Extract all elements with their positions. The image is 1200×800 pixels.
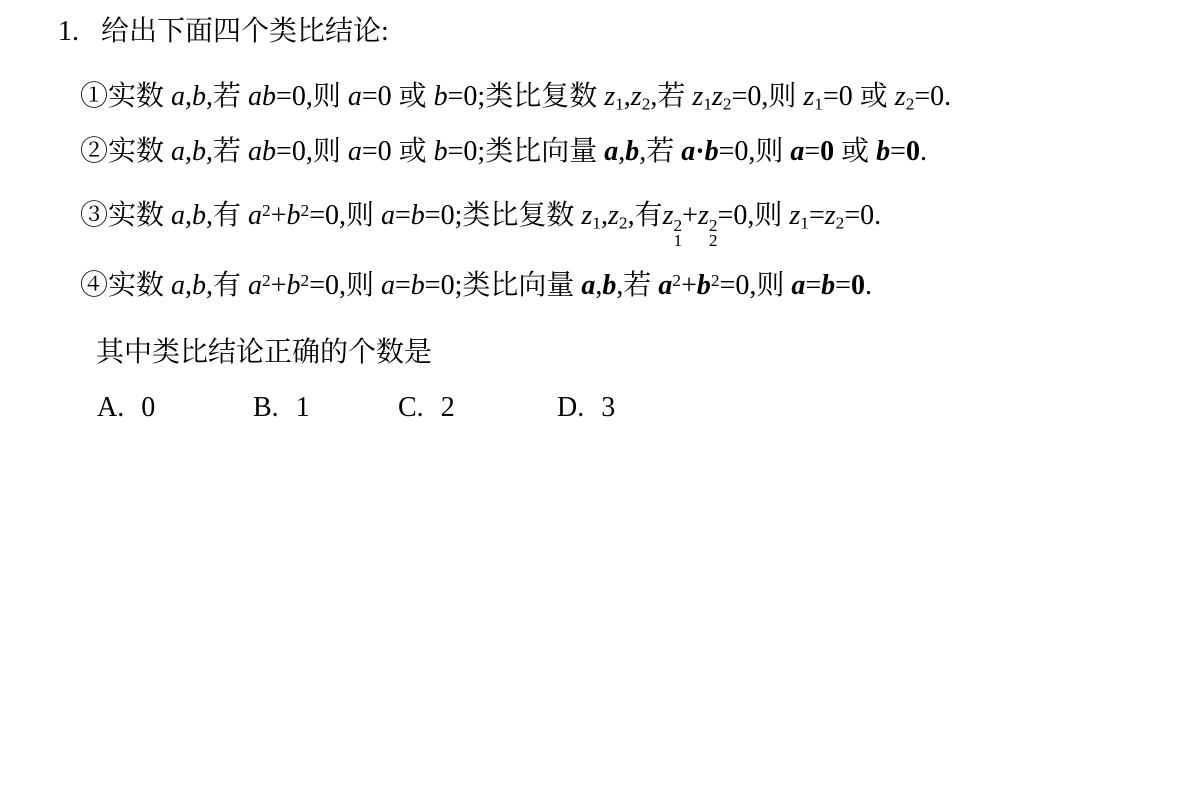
- text-segment: =0,则: [718, 200, 790, 231]
- text-segment: 0: [906, 136, 920, 167]
- text-segment: ,若: [616, 270, 658, 301]
- text-segment: ,若: [206, 81, 248, 112]
- text-segment: =0,则: [719, 136, 791, 167]
- text-segment: =: [395, 270, 411, 301]
- text-segment: ,有: [206, 270, 248, 301]
- text-segment: ab: [248, 136, 276, 167]
- text-segment: a: [348, 136, 362, 167]
- text-segment: b: [287, 200, 301, 231]
- text-segment: z: [895, 81, 906, 112]
- text-segment: a: [581, 270, 595, 301]
- option-d-label: D.: [557, 392, 584, 423]
- stacked-scripts: 21: [673, 219, 682, 247]
- question-number: 1.: [58, 16, 79, 47]
- text-segment: 或: [834, 136, 876, 167]
- option-d-value: 3: [601, 392, 615, 423]
- text-segment: a: [248, 200, 262, 231]
- text-segment: ①实数: [80, 81, 171, 112]
- text-segment: z: [631, 81, 642, 112]
- text-segment: =0.: [844, 200, 881, 231]
- text-segment: ,: [185, 81, 192, 112]
- text-segment: b: [876, 136, 890, 167]
- text-segment: 1: [673, 234, 682, 248]
- option-a: A.0: [97, 392, 155, 424]
- text-segment: +: [682, 200, 698, 231]
- text-segment: ,: [185, 270, 192, 301]
- text-segment: z: [581, 200, 592, 231]
- text-segment: b: [192, 270, 206, 301]
- text-segment: z: [608, 200, 619, 231]
- superscript: 2: [672, 271, 681, 290]
- text-segment: z: [789, 200, 800, 231]
- statement-3: ③实数 a,b,有 a2+b2=0,则 a=b=0;类比复数 z1,z2,有z2…: [80, 198, 881, 248]
- text-segment: a: [791, 270, 805, 301]
- text-segment: a: [604, 136, 618, 167]
- option-b-label: B.: [253, 392, 279, 423]
- statement-4: ④实数 a,b,有 a2+b2=0,则 a=b=0;类比向量 a,b,若 a2+…: [80, 268, 872, 303]
- text-segment: =0.: [914, 81, 951, 112]
- text-segment: =: [805, 270, 821, 301]
- text-segment: z: [825, 200, 836, 231]
- options-row: A.0 B.1 C.2 D.3: [0, 392, 1200, 432]
- superscript: 2: [711, 271, 720, 290]
- question-title: 给出下面四个类比结论:: [101, 16, 389, 47]
- text-segment: z: [663, 200, 674, 231]
- text-segment: =: [890, 136, 906, 167]
- text-segment: +: [681, 270, 697, 301]
- text-segment: +: [271, 200, 287, 231]
- subscript: 1: [800, 213, 809, 232]
- text-segment: =0 或: [362, 136, 434, 167]
- text-segment: ·: [695, 136, 704, 167]
- option-c-label: C.: [398, 392, 424, 423]
- subscript: 2: [723, 94, 732, 113]
- text-segment: =0,则: [309, 200, 381, 231]
- text-segment: z: [698, 200, 709, 231]
- text-segment: a: [381, 200, 395, 231]
- text-segment: ,有: [206, 200, 248, 231]
- text-segment: 0: [820, 136, 834, 167]
- superscript: 2: [262, 201, 271, 220]
- text-segment: +: [271, 270, 287, 301]
- text-segment: ,: [624, 81, 631, 112]
- text-segment: b: [602, 270, 616, 301]
- text-segment: =: [835, 270, 851, 301]
- text-segment: a: [171, 81, 185, 112]
- statement-1: ①实数 a,b,若 ab=0,则 a=0 或 b=0;类比复数 z1,z2,若 …: [80, 79, 951, 114]
- question-title-line: 1.给出下面四个类比结论:: [58, 14, 389, 49]
- statement-2: ②实数 a,b,若 ab=0,则 a=0 或 b=0;类比向量 a,b,若 a·…: [80, 134, 927, 169]
- text-segment: b: [411, 200, 425, 231]
- text-segment: b: [434, 136, 448, 167]
- text-segment: b: [287, 270, 301, 301]
- text-segment: a: [681, 136, 695, 167]
- text-segment: ,有: [628, 200, 663, 231]
- text-segment: b: [192, 81, 206, 112]
- option-c: C.2: [398, 392, 455, 424]
- text-segment: z: [692, 81, 703, 112]
- text-segment: =0;类比复数: [448, 81, 605, 112]
- text-segment: ④实数: [80, 270, 171, 301]
- text-segment: a: [381, 270, 395, 301]
- text-segment: ,: [185, 200, 192, 231]
- text-segment: ②实数: [80, 136, 171, 167]
- option-c-value: 2: [441, 392, 455, 423]
- option-b: B.1: [253, 392, 310, 424]
- question-prompt: 其中类比结论正确的个数是: [96, 335, 432, 370]
- superscript: 2: [301, 201, 310, 220]
- text-segment: =0,则: [309, 270, 381, 301]
- text-segment: ,若: [639, 136, 681, 167]
- text-segment: b: [705, 136, 719, 167]
- text-segment: b: [434, 81, 448, 112]
- text-segment: ,若: [650, 81, 692, 112]
- option-b-value: 1: [296, 392, 310, 423]
- text-segment: b: [821, 270, 835, 301]
- text-segment: =: [395, 200, 411, 231]
- text-segment: =0 或: [362, 81, 434, 112]
- text-segment: =: [804, 136, 820, 167]
- option-d: D.3: [557, 392, 615, 424]
- subscript: 2: [619, 213, 628, 232]
- superscript: 2: [262, 271, 271, 290]
- text-segment: ,: [185, 136, 192, 167]
- text-segment: ③实数: [80, 200, 171, 231]
- text-segment: 0: [851, 270, 865, 301]
- text-segment: ,: [601, 200, 608, 231]
- text-segment: a: [348, 81, 362, 112]
- text-segment: =0;类比向量: [448, 136, 605, 167]
- text-segment: =0,则: [720, 270, 792, 301]
- subscript: 1: [592, 213, 601, 232]
- text-segment: b: [192, 136, 206, 167]
- text-segment: z: [803, 81, 814, 112]
- text-segment: =0;类比复数: [425, 200, 582, 231]
- text-segment: =0,则: [276, 81, 348, 112]
- text-segment: =0;类比向量: [425, 270, 582, 301]
- text-segment: b: [411, 270, 425, 301]
- text-segment: b: [625, 136, 639, 167]
- text-segment: b: [697, 270, 711, 301]
- text-segment: ab: [248, 81, 276, 112]
- text-segment: =0,则: [276, 136, 348, 167]
- text-segment: .: [920, 136, 927, 167]
- text-segment: .: [865, 270, 872, 301]
- text-segment: a: [658, 270, 672, 301]
- text-segment: a: [171, 270, 185, 301]
- subscript: 1: [615, 94, 624, 113]
- text-segment: a: [248, 270, 262, 301]
- subscript: 1: [703, 94, 712, 113]
- text-segment: a: [171, 200, 185, 231]
- text-segment: a: [171, 136, 185, 167]
- text-segment: 2: [709, 234, 718, 248]
- text-segment: b: [192, 200, 206, 231]
- text-segment: =0,则: [732, 81, 804, 112]
- option-a-value: 0: [141, 392, 155, 423]
- option-a-label: A.: [97, 392, 124, 423]
- text-segment: a: [790, 136, 804, 167]
- text-segment: ,若: [206, 136, 248, 167]
- stacked-scripts: 22: [709, 219, 718, 247]
- subscript: 1: [814, 94, 823, 113]
- text-segment: =: [809, 200, 825, 231]
- superscript: 2: [301, 271, 310, 290]
- text-segment: z: [604, 81, 615, 112]
- text-segment: =0 或: [823, 81, 895, 112]
- question-page: 1.给出下面四个类比结论: ①实数 a,b,若 ab=0,则 a=0 或 b=0…: [0, 0, 1200, 800]
- text-segment: z: [712, 81, 723, 112]
